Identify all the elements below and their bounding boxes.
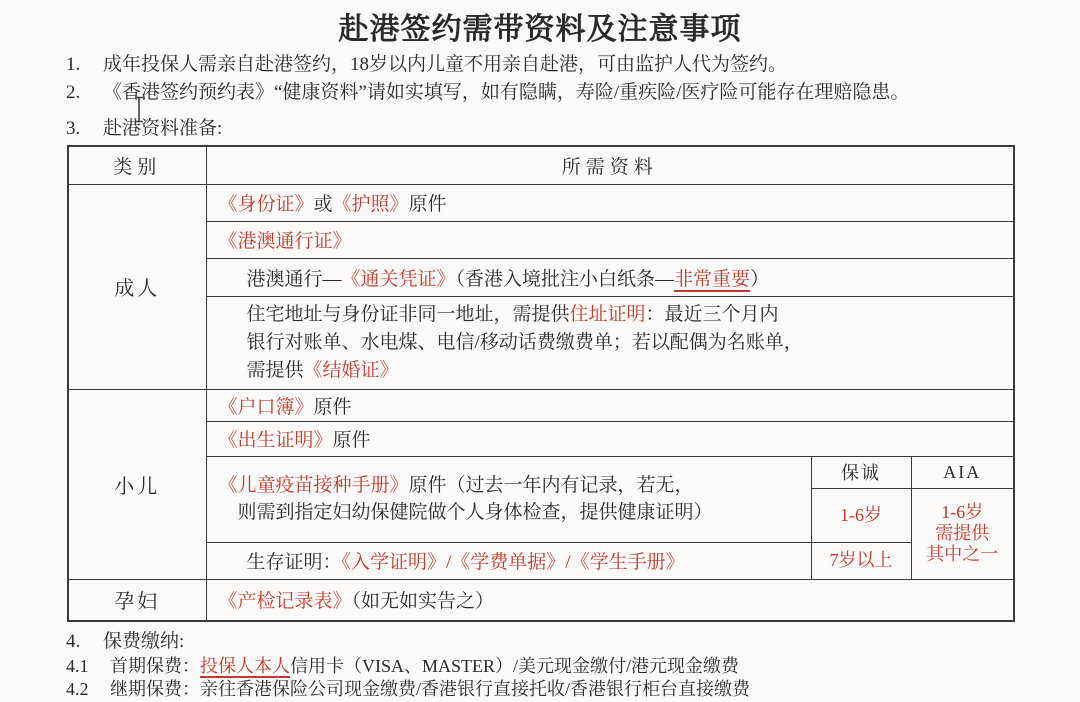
table-row: 成人 《身份证》或《护照》原件 <box>68 184 1014 221</box>
table-row: 小儿 《户口簿》原件 <box>68 389 1014 421</box>
table-row: 住宅地址与身份证非同一地址，需提供住址证明：最近三个月内银行对账单、水电煤、电信… <box>68 296 1014 389</box>
payment-item-number: 4.1 <box>66 655 110 677</box>
table-row: 《出生证明》原件 <box>68 421 1014 456</box>
intro-item-number: 1. <box>66 52 103 77</box>
table-row: 《儿童疫苗接种手册》原件（过去一年内有记录，若无， 则需到指定妇幼保健院做个人身… <box>68 456 1014 488</box>
requirement-birth-certificate: 《出生证明》原件 <box>206 421 1014 456</box>
intro-item-number: 3. <box>66 116 103 141</box>
requirement-survival-proof: 生存证明：《入学证明》/《学费单据》/《学生手册》 <box>206 542 811 579</box>
aia-note-cell: 1-6岁需提供其中之一 <box>911 488 1014 579</box>
intro-item-2: 2. 《香港签约预约表》“健康资料”请如实填写，如有隐瞒，寿险/重疾险/医疗险可… <box>66 80 1056 105</box>
payment-heading: 4. 保费缴纳: <box>66 630 184 653</box>
insurer-header-aia: AIA <box>911 456 1014 488</box>
payment-item-text: 首期保费：投保人本人信用卡（VISA、MASTER）/美元现金缴付/港元现金缴费 <box>110 655 739 677</box>
table-header-row: 类别 所需资料 <box>68 146 1014 184</box>
requirement-hk-macau-permit: 《港澳通行证》 <box>206 221 1014 258</box>
category-cell-adult: 成人 <box>68 184 206 389</box>
intro-item-number: 2. <box>66 80 103 105</box>
table-row: 《港澳通行证》 <box>68 221 1014 258</box>
intro-item-1: 1. 成年投保人需亲自赴港签约，18岁以内儿童不用亲自赴港，可由监护人代为签约。 <box>66 52 1056 77</box>
payment-item-text: 继期保费：亲往香港保险公司现金缴费/香港银行直接托收/香港银行柜台直接缴费 <box>110 678 750 700</box>
materials-column-header: 所需资料 <box>206 146 1014 184</box>
requirement-prenatal-record: 《产检记录表》（如无如实告之） <box>206 579 1014 621</box>
intro-item-3: 3. 赴港资料准备: <box>66 116 1056 141</box>
table-row: 港澳通行—《通关凭证》（香港入境批注小白纸条—非常重要） <box>68 258 1014 296</box>
payment-item-4-2: 4.2 继期保费：亲往香港保险公司现金缴费/香港银行直接托收/香港银行柜台直接缴… <box>66 678 1066 700</box>
intro-item-text: 《香港签约预约表》“健康资料”请如实填写，如有隐瞒，寿险/重疾险/医疗险可能存在… <box>103 80 909 105</box>
payment-heading-text: 保费缴纳: <box>103 630 184 653</box>
requirement-household-register: 《户口簿》原件 <box>206 389 1014 421</box>
materials-table: 类别 所需资料 成人 《身份证》或《护照》原件 《港澳通行证》 港澳通行—《通关… <box>67 145 1015 622</box>
document-page: 赴港签约需带资料及注意事项 1. 成年投保人需亲自赴港签约，18岁以内儿童不用亲… <box>0 0 1080 702</box>
requirement-entry-slip: 港澳通行—《通关凭证》（香港入境批注小白纸条—非常重要） <box>206 258 1014 296</box>
insurer-header-prudential: 保诚 <box>811 456 911 488</box>
payment-item-number: 4.2 <box>66 678 110 700</box>
payment-item-4-1: 4.1 首期保费：投保人本人信用卡（VISA、MASTER）/美元现金缴付/港元… <box>66 655 1066 677</box>
table-row: 孕妇 《产检记录表》（如无如实告之） <box>68 579 1014 621</box>
payment-heading-number: 4. <box>66 630 103 653</box>
requirement-address-proof: 住宅地址与身份证非同一地址，需提供住址证明：最近三个月内银行对账单、水电煤、电信… <box>206 296 1014 389</box>
page-title: 赴港签约需带资料及注意事项 <box>0 4 1080 48</box>
category-column-header: 类别 <box>68 146 206 184</box>
intro-item-text: 赴港资料准备: <box>103 116 222 141</box>
prudential-age-7plus-cell: 7岁以上 <box>811 542 911 579</box>
table-row: 生存证明：《入学证明》/《学费单据》/《学生手册》 7岁以上 <box>68 542 1014 579</box>
category-cell-child: 小儿 <box>68 389 206 579</box>
requirement-vaccine-booklet: 《儿童疫苗接种手册》原件（过去一年内有记录，若无， 则需到指定妇幼保健院做个人身… <box>206 456 811 542</box>
requirement-id-passport: 《身份证》或《护照》原件 <box>206 184 1014 221</box>
intro-item-text: 成年投保人需亲自赴港签约，18岁以内儿童不用亲自赴港，可由监护人代为签约。 <box>103 52 787 77</box>
text-cursor-icon <box>132 96 146 123</box>
category-cell-pregnant: 孕妇 <box>68 579 206 621</box>
prudential-age-1-6-cell: 1-6岁 <box>811 488 911 542</box>
